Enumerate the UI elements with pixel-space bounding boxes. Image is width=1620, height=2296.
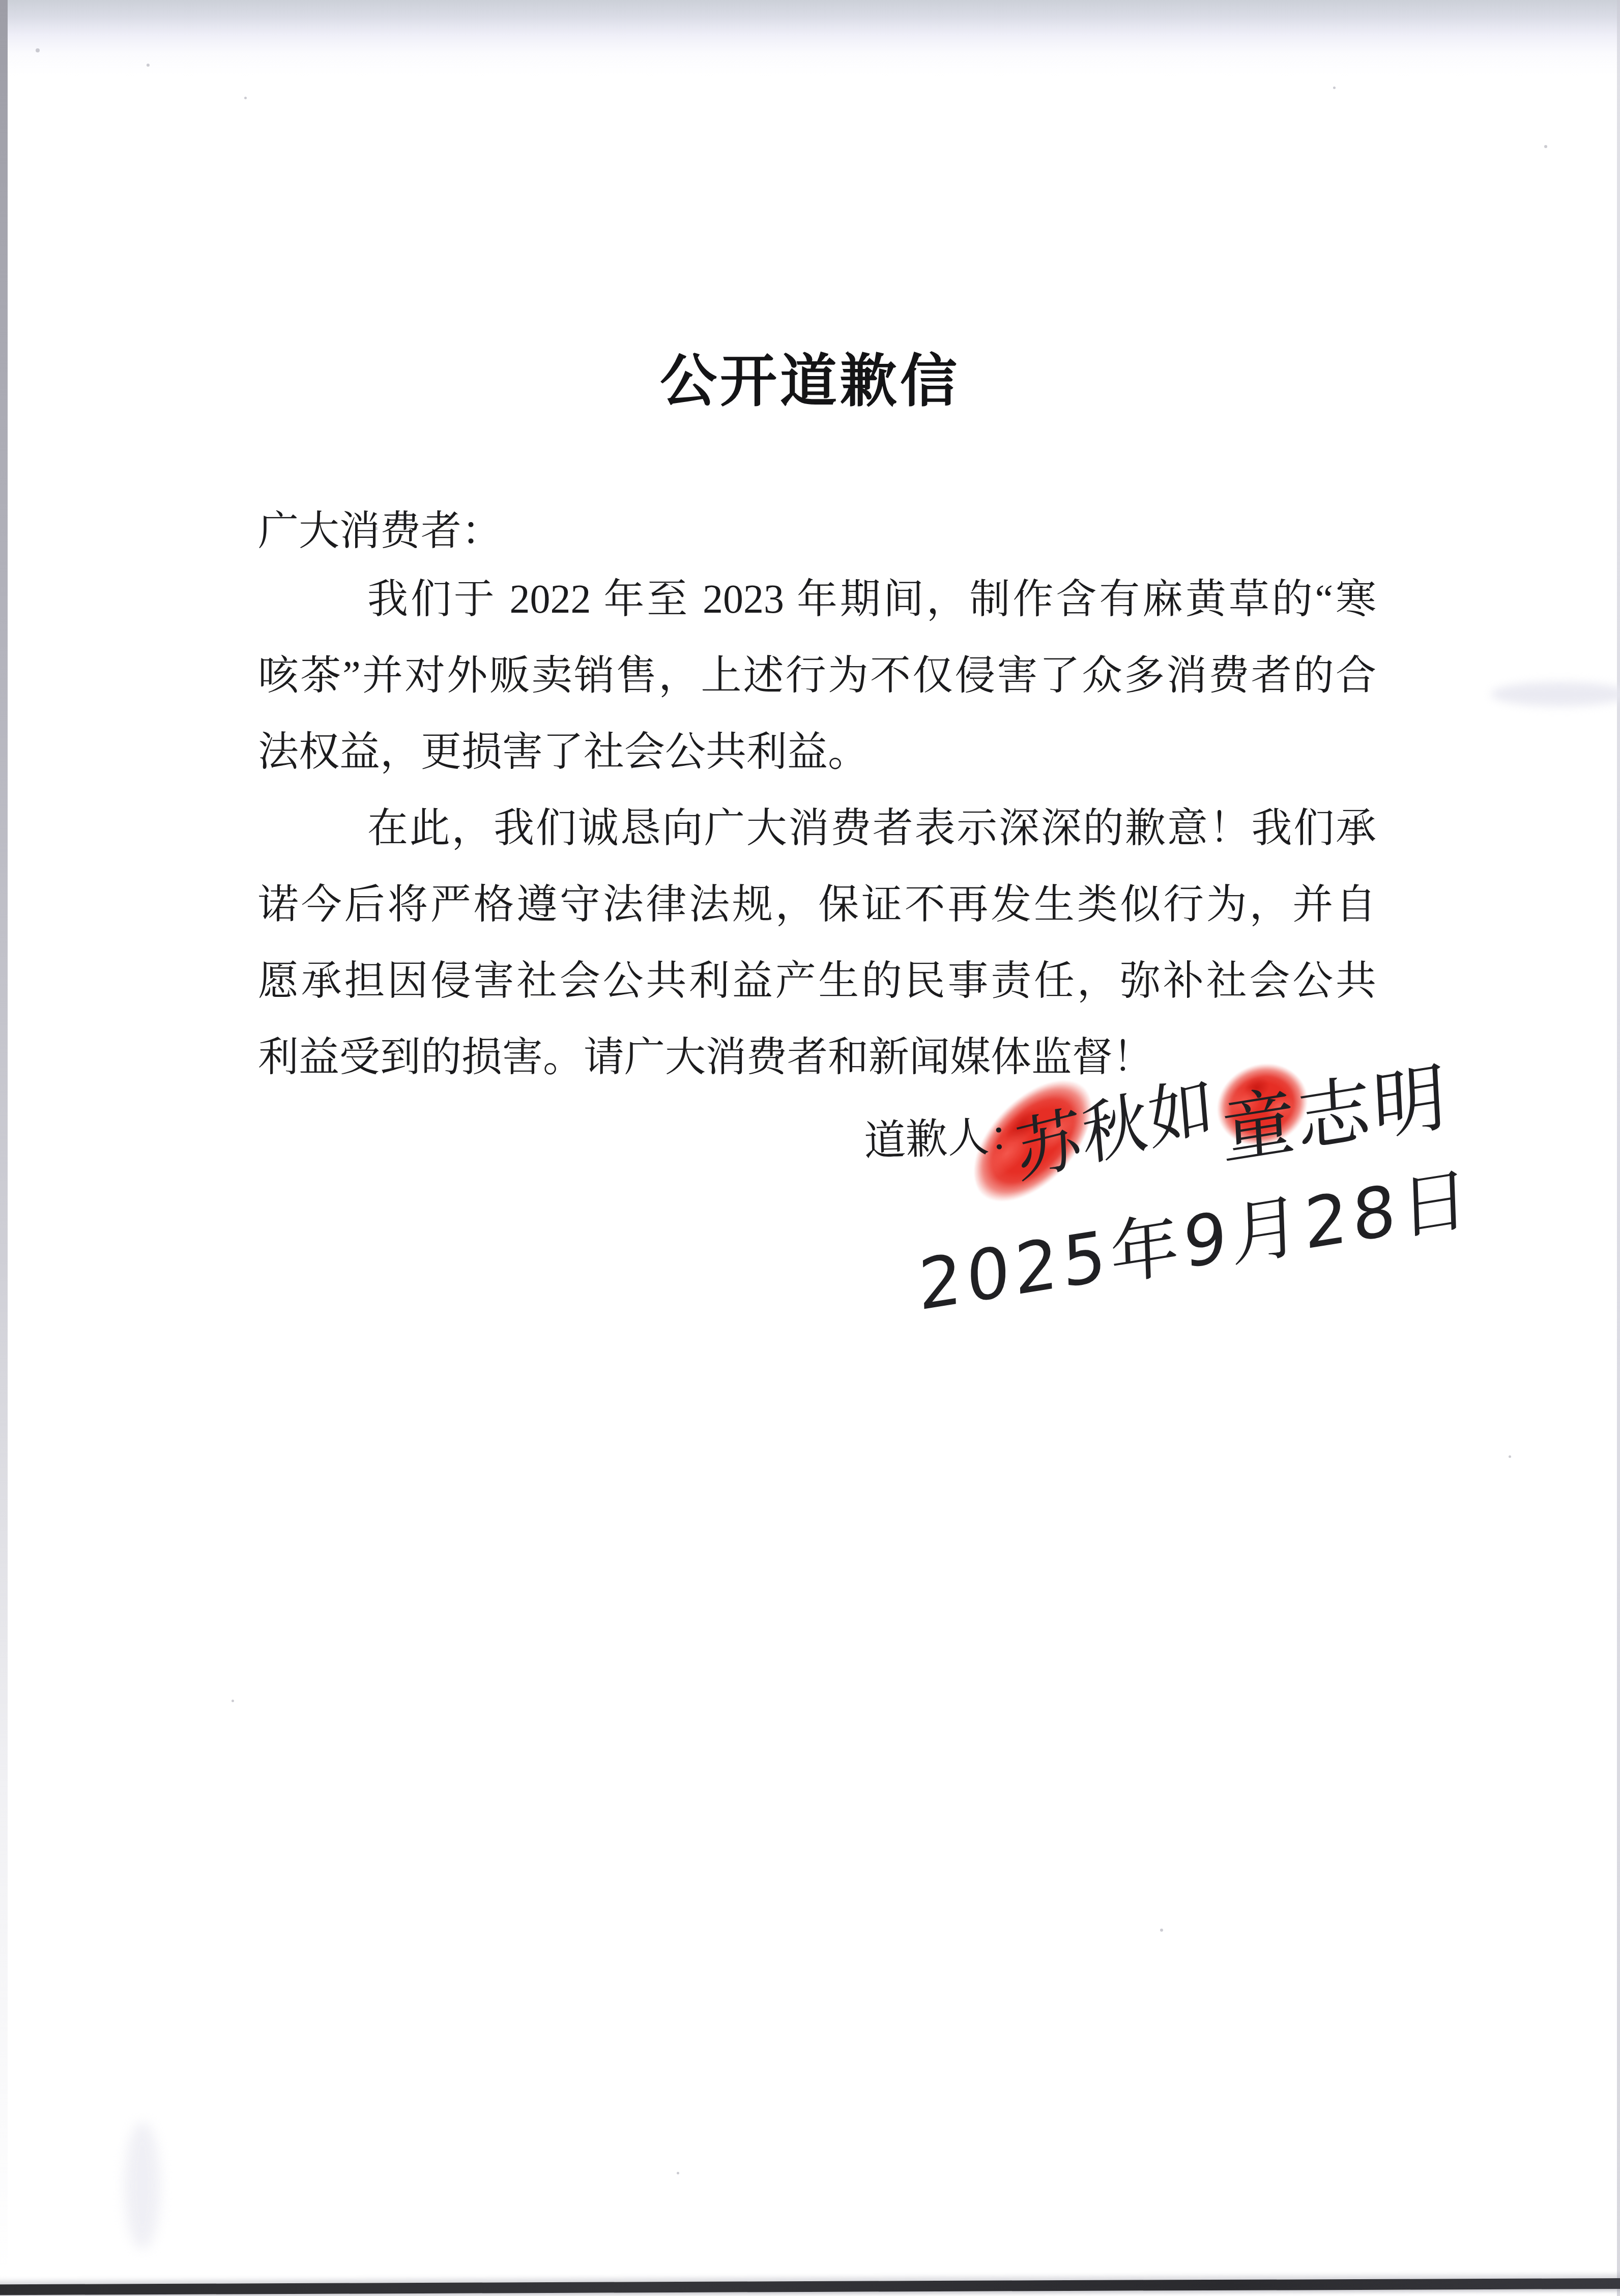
- scan-edge-top-shadow: [0, 0, 1620, 76]
- body-line: 法权益，更损害了社会公共利益。: [258, 727, 1376, 778]
- body-line: 我们于 2022 年至 2023 年期间，制作含有麻黄草的“寒: [258, 574, 1376, 625]
- body-line: 在此，我们诚恳向广大消费者表示深深的歉意！我们承: [258, 803, 1376, 854]
- scan-speck: [677, 2172, 679, 2174]
- scanned-apology-letter-page: 公开道歉信 广大消费者： 我们于 2022 年至 2023 年期间，制作含有麻黄…: [0, 0, 1620, 2296]
- body-line: 诺今后将严格遵守法律法规，保证不再发生类似行为，并自: [258, 879, 1376, 930]
- document-title: 公开道歉信: [0, 336, 1620, 418]
- scan-edge-bottom: [0, 2278, 1620, 2295]
- scan-speck: [1509, 1455, 1511, 1458]
- scan-speck: [1160, 1929, 1163, 1932]
- salutation: 广大消费者：: [258, 498, 502, 556]
- scan-speck: [36, 48, 40, 52]
- apologizer-label: 道歉人：: [863, 1102, 1032, 1167]
- scan-speck: [244, 97, 247, 99]
- body-line: 愿承担因侵害社会公共利益产生的民事责任，弥补社会公共: [258, 956, 1376, 1007]
- body-line: 咳茶”并对外贩卖销售，上述行为不仅侵害了众多消费者的合: [258, 650, 1376, 701]
- scan-speck: [1544, 145, 1547, 148]
- scan-speck: [147, 64, 150, 67]
- scan-smudge-bottom-left: [125, 2122, 160, 2249]
- scan-speck: [232, 1700, 234, 1702]
- scan-smudge-right: [1491, 682, 1620, 706]
- scan-speck: [1333, 87, 1336, 89]
